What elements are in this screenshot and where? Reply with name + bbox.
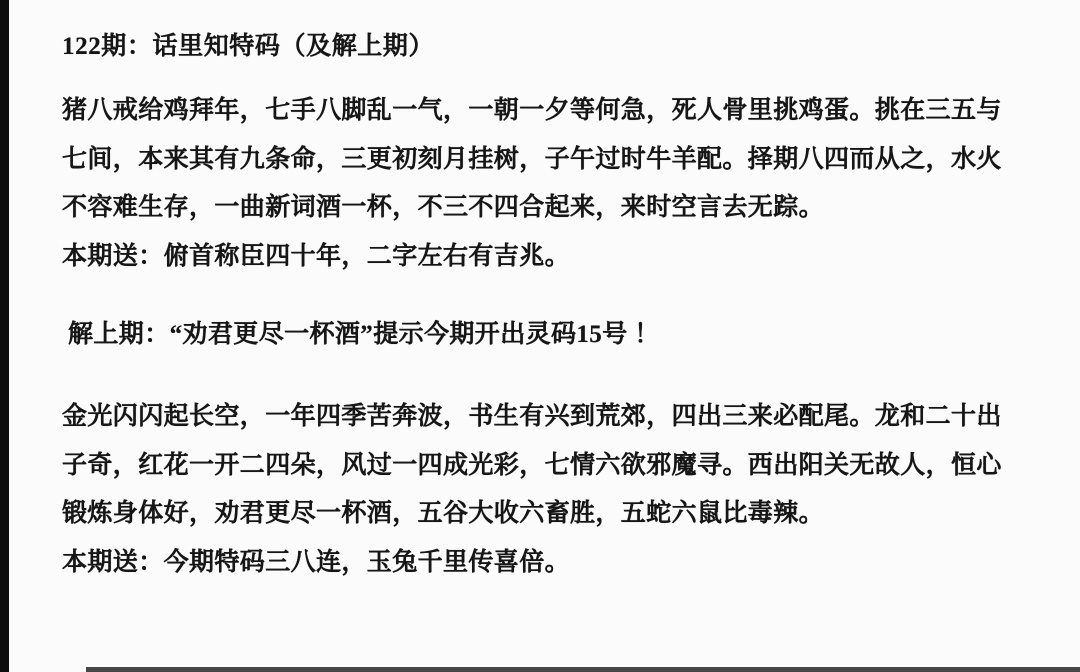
issue-title: 122期：话里知特码（及解上期） [62,26,434,62]
scan-bottom-bar [86,667,1080,672]
scanned-document-page: 122期：话里知特码（及解上期） 猪八戒给鸡拜年，七手八脚乱一气，一朝一夕等何急… [0,0,1080,672]
paragraph1-line-2: 七间，本来其有九条命，三更初刻月挂树，子午过时牛羊配。择期八四而从之，水火 [62,136,1002,185]
paragraph1-gift-line: 本期送：俯首称臣四十年，二字左右有吉兆。 [62,233,1002,282]
previous-issue-hint: 解上期：“劝君更尽一杯酒”提示今期开出灵码15号 ！ [68,311,660,360]
scan-edge-left-strip [0,0,9,672]
paragraph2-gift-line: 本期送：今期特码三八连，玉兔千里传喜倍。 [62,539,1002,588]
paragraph2-line-3: 锻炼身体好，劝君更尽一杯酒，五谷大收六畜胜，五蛇六鼠比毒辣。 [62,490,1002,539]
riddle-paragraph-2: 金光闪闪起长空，一年四季苦奔波，书生有兴到荒郊，四出三来必配尾。龙和二十出 子奇… [62,393,1002,587]
paragraph2-line-1: 金光闪闪起长空，一年四季苦奔波，书生有兴到荒郊，四出三来必配尾。龙和二十出 [62,393,1002,442]
paragraph2-line-2: 子奇，红花一开二四朵，风过一四成光彩，七情六欲邪魔寻。西出阳关无故人，恒心 [62,442,1002,491]
paragraph1-line-3: 不容难生存，一曲新词酒一杯，不三不四合起来，来时空言去无踪。 [62,184,1002,233]
paragraph1-line-1: 猪八戒给鸡拜年，七手八脚乱一气，一朝一夕等何急，死人骨里挑鸡蛋。挑在三五与 [62,87,1002,136]
riddle-paragraph-1: 猪八戒给鸡拜年，七手八脚乱一气，一朝一夕等何急，死人骨里挑鸡蛋。挑在三五与 七间… [62,87,1002,281]
